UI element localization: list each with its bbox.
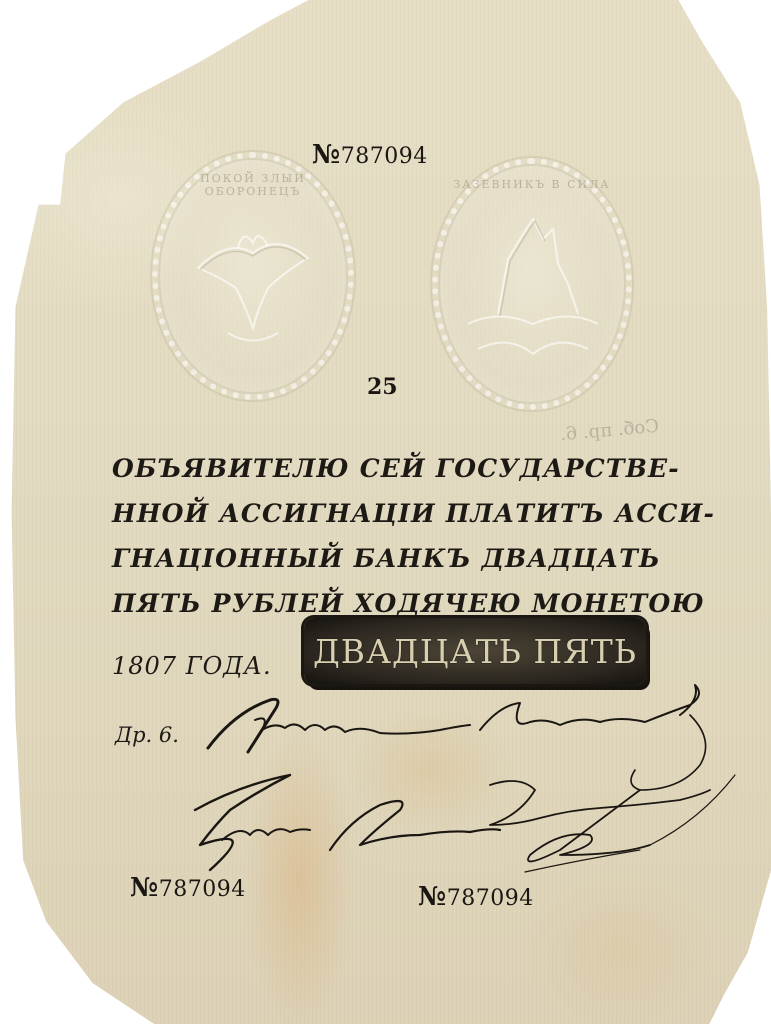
text-line-3: ГНАЦІОННЫЙ БАНКЪ ДВАДЦАТЬ: [112, 536, 652, 581]
text-line-2: ННОЙ АССИГНАЦІИ ПЛАТИТЪ АССИ-: [112, 491, 652, 536]
numero-sign: №: [418, 882, 447, 912]
signature-label: Др. 6.: [115, 723, 179, 747]
text-line-1: ОБЪЯВИТЕЛЮ СЕЙ ГОСУДАРСТВЕ-: [112, 446, 652, 491]
serial-digits: 787094: [447, 886, 534, 911]
serial-digits: 787094: [159, 877, 246, 902]
serial-number-bottom-left: №787094: [130, 873, 246, 903]
value-stamp: ДВАДЦАТЬ ПЯТЬ: [304, 618, 646, 684]
value-stamp-text: ДВАДЦАТЬ ПЯТЬ: [313, 632, 637, 671]
serial-number-bottom-right: №787094: [418, 882, 534, 912]
promissory-text: ОБЪЯВИТЕЛЮ СЕЙ ГОСУДАРСТВЕ- ННОЙ АССИГНА…: [112, 446, 652, 626]
issue-year: 1807 ГОДА.: [112, 652, 272, 680]
right-embossed-medallion: ЗАЗЕВНИКЪ В СИЛА: [432, 158, 632, 410]
mountain-emblem-icon: [438, 164, 626, 404]
serial-digits: 787094: [341, 144, 428, 169]
numero-sign: №: [130, 873, 159, 903]
left-embossed-medallion: ПОКОЙ ЗЛЫИ ОБОРОНЕЦЪ: [152, 152, 354, 400]
denomination-numeral: 25: [367, 374, 398, 400]
eagle-emblem-icon: [158, 158, 348, 394]
